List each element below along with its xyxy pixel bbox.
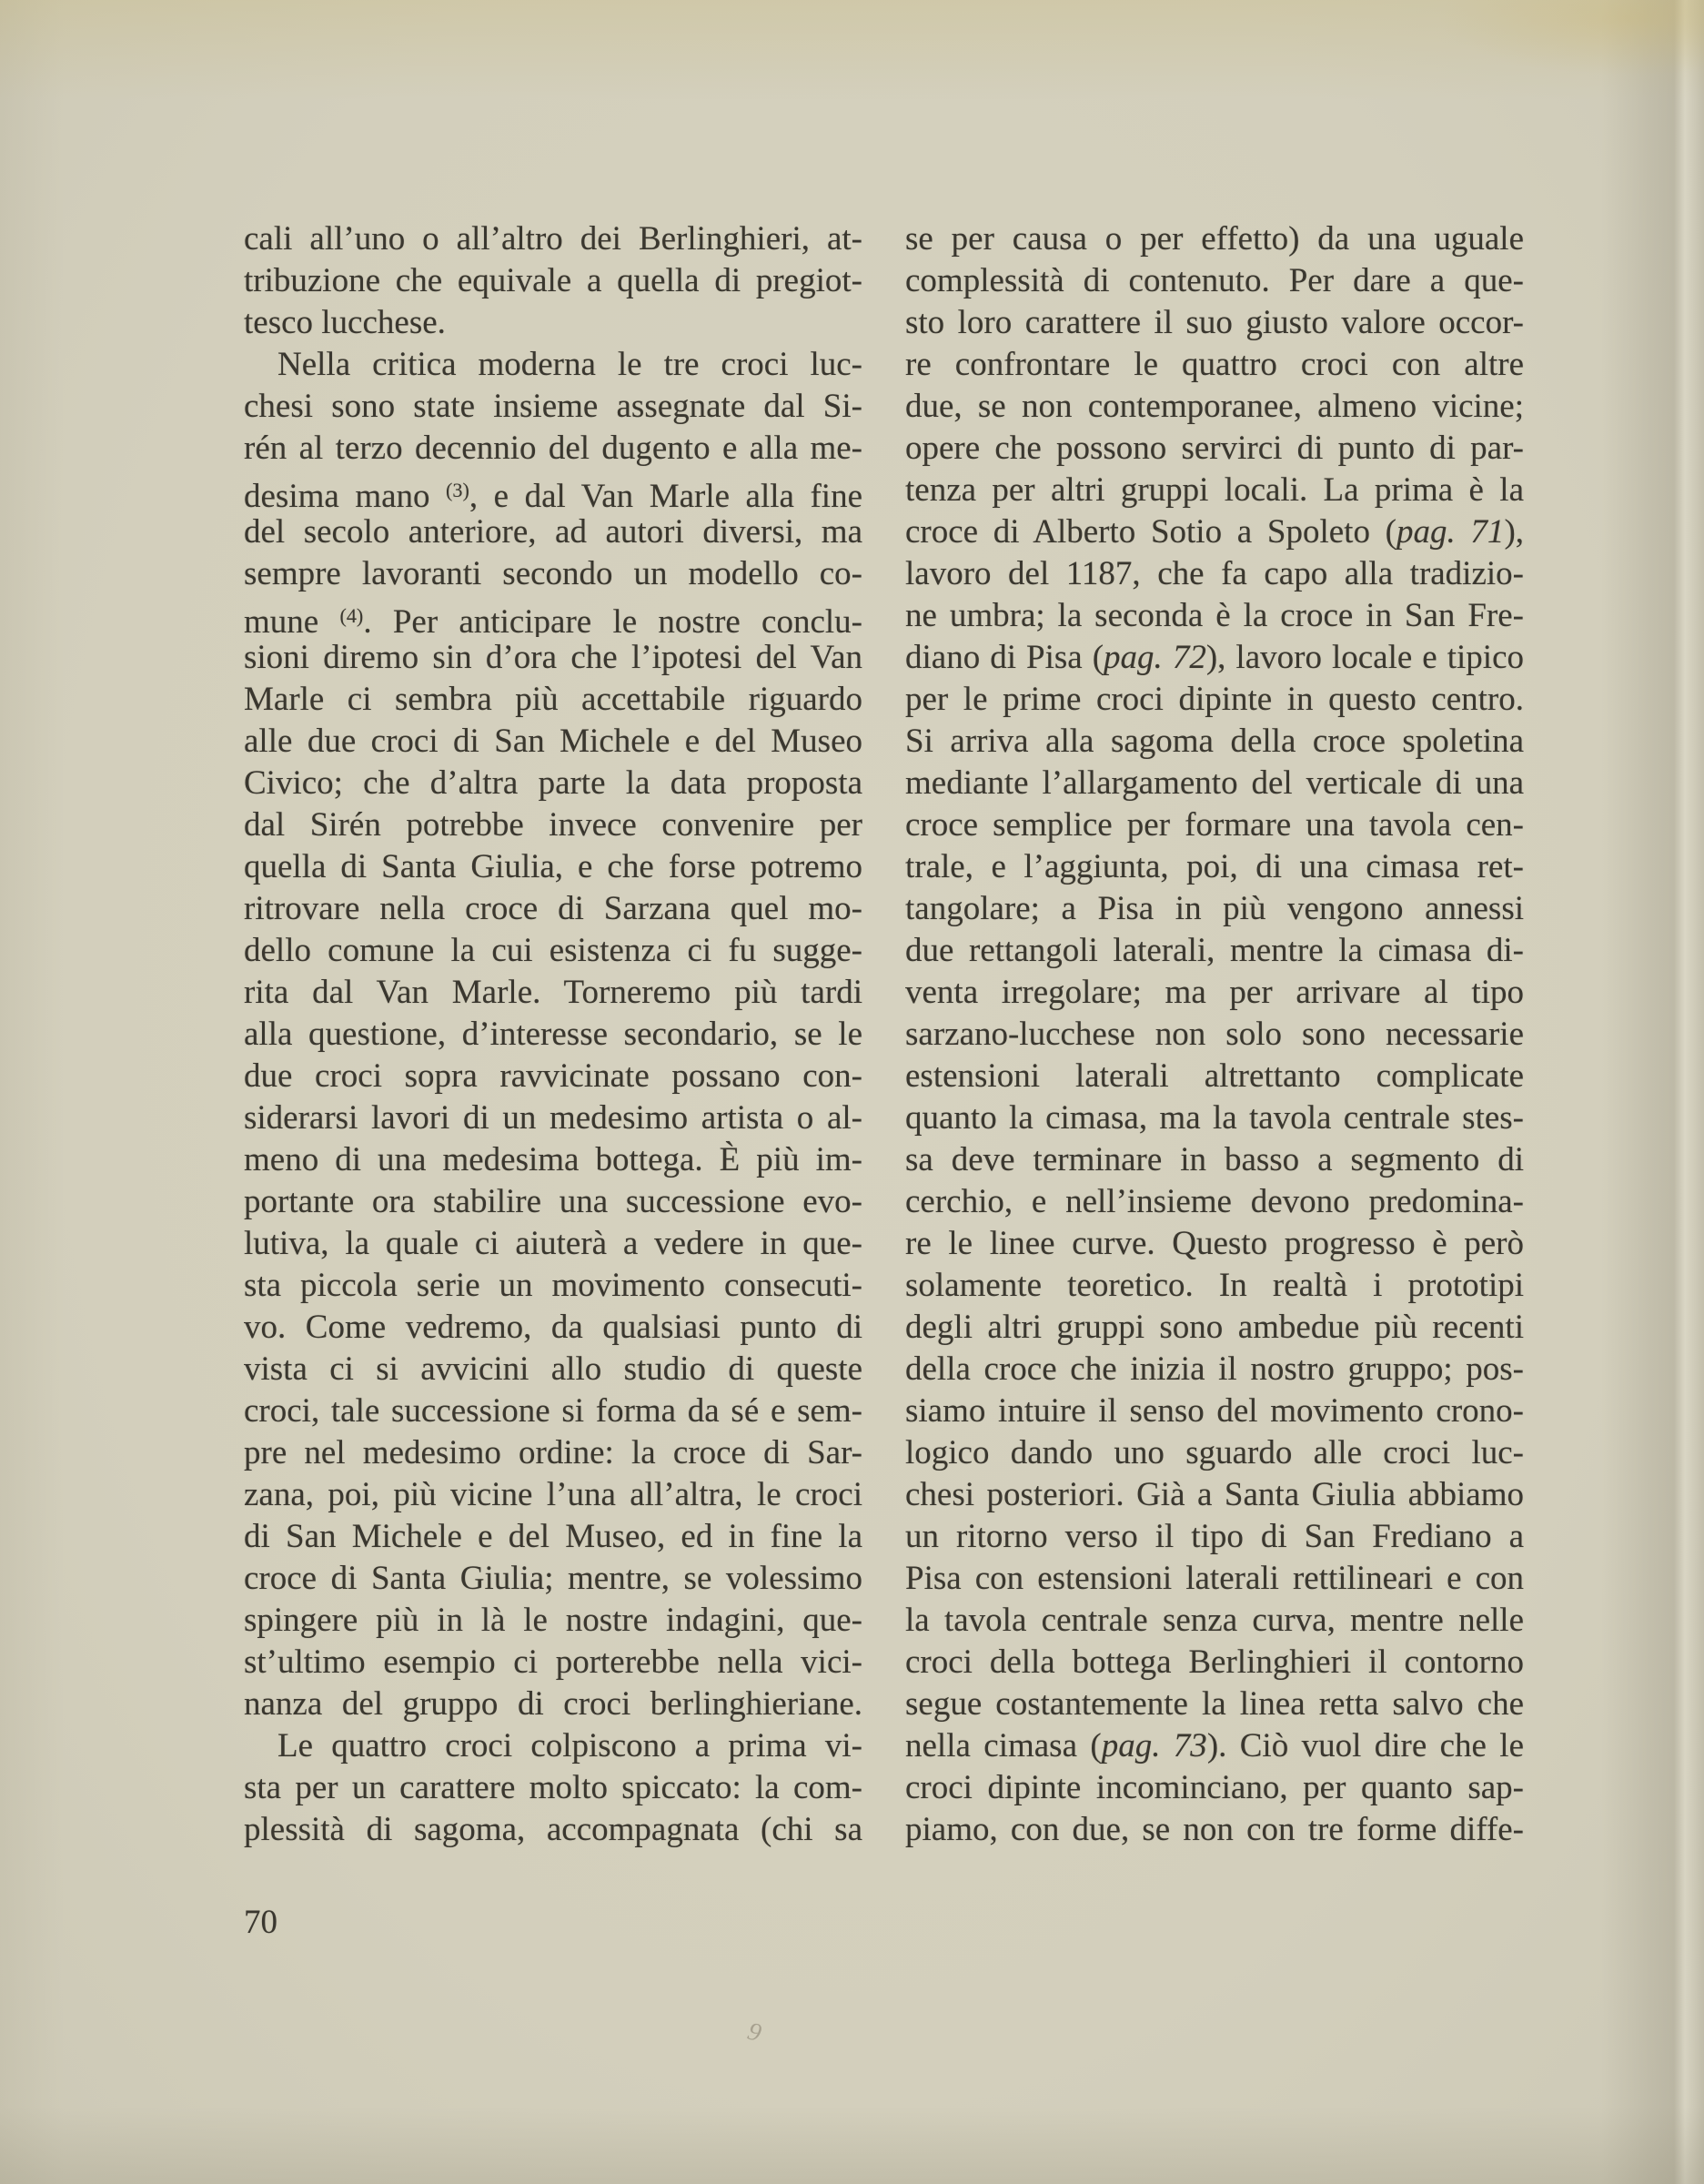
text-line: del secolo anteriore, ad autori diversi,… — [244, 511, 862, 553]
text-line: alle due croci di San Michele e del Muse… — [244, 721, 862, 763]
text-line: rén al terzo decennio del dugento e alla… — [244, 428, 862, 470]
text-line: siamo intuire il senso del movimento cro… — [905, 1390, 1524, 1432]
text-line: sta piccola serie un movimento consecuti… — [244, 1265, 862, 1307]
text-line: ritrovare nella croce di Sarzana quel mo… — [244, 888, 862, 930]
text-line: spingere più in là le nostre indagini, q… — [244, 1600, 862, 1642]
italic-page-reference: pag. 73 — [1102, 1727, 1207, 1764]
text-line: vo. Come vedremo, da qualsiasi punto di — [244, 1307, 862, 1349]
text-line: due, se non contemporanee, almeno vicine… — [905, 386, 1524, 428]
text-line: segue costantemente la linea retta salvo… — [905, 1683, 1524, 1725]
text-line: Nella critica moderna le tre croci luc- — [244, 344, 862, 386]
text-line: sta per un carattere molto spiccato: la … — [244, 1767, 862, 1809]
text-line: sto loro carattere il suo giusto valore … — [905, 302, 1524, 344]
text-line: alla questione, d’interesse secondario, … — [244, 1014, 862, 1056]
text-line: Le quattro croci colpiscono a prima vi- — [244, 1725, 862, 1767]
text-line: sa deve terminare in basso a segmento di — [905, 1139, 1524, 1181]
text-line: desima mano (3), e dal Van Marle alla fi… — [244, 470, 862, 511]
text-line: tesco lucchese. — [244, 302, 862, 344]
text-line: re le linee curve. Questo progresso è pe… — [905, 1223, 1524, 1265]
text-line: opere che possono servirci di punto di p… — [905, 428, 1524, 470]
text-line: quanto la cimasa, ma la tavola centrale … — [905, 1097, 1524, 1139]
text-line: croce di Santa Giulia; mentre, se voless… — [244, 1558, 862, 1600]
text-line: st’ultimo esempio ci porterebbe nella vi… — [244, 1642, 862, 1683]
text-line: re confrontare le quattro croci con altr… — [905, 344, 1524, 386]
text-line: siderarsi lavori di un medesimo artista … — [244, 1097, 862, 1139]
footnote-reference: (3) — [446, 479, 469, 501]
text-line: ne umbra; la seconda è la croce in San F… — [905, 595, 1524, 637]
text-line: di San Michele e del Museo, ed in fine l… — [244, 1516, 862, 1558]
text-line: plessità di sagoma, accompagnata (chi sa — [244, 1809, 862, 1851]
text-line: rita dal Van Marle. Torneremo più tardi — [244, 972, 862, 1014]
text-line: sioni diremo sin d’ora che l’ipotesi del… — [244, 637, 862, 679]
text-line: pre nel medesimo ordine: la croce di Sar… — [244, 1432, 862, 1474]
text-line: un ritorno verso il tipo di San Frediano… — [905, 1516, 1524, 1558]
text-line: croci dipinte incominciano, per quanto s… — [905, 1767, 1524, 1809]
text-line: Pisa con estensioni laterali rettilinear… — [905, 1558, 1524, 1600]
text-line: meno di una medesima bottega. È più im- — [244, 1139, 862, 1181]
text-line: la tavola centrale senza curva, mentre n… — [905, 1600, 1524, 1642]
text-line: trale, e l’aggiunta, poi, di una cimasa … — [905, 846, 1524, 888]
text-line: tangolare; a Pisa in più vengono annessi — [905, 888, 1524, 930]
text-line: Marle ci sembra più accettabile riguardo — [244, 679, 862, 721]
text-line: lavoro del 1187, che fa capo alla tradiz… — [905, 553, 1524, 595]
text-line: diano di Pisa (pag. 72), lavoro locale e… — [905, 637, 1524, 679]
text-line: cali all’uno o all’altro dei Berlinghier… — [244, 218, 862, 260]
text-line: croce di Alberto Sotio a Spoleto (pag. 7… — [905, 511, 1524, 553]
footnote-reference: (4) — [339, 604, 363, 627]
text-line: complessità di contenuto. Per dare a que… — [905, 260, 1524, 302]
scan-artifact: 9 — [744, 2017, 764, 2049]
text-line: tribuzione che equivale a quella di preg… — [244, 260, 862, 302]
text-line: per le prime croci dipinte in questo cen… — [905, 679, 1524, 721]
text-line: vista ci si avvicini allo studio di ques… — [244, 1349, 862, 1390]
text-line: mune (4). Per anticipare le nostre concl… — [244, 595, 862, 637]
text-line: dello comune la cui esistenza ci fu sugg… — [244, 930, 862, 972]
text-line: zana, poi, più vicine l’una all’altra, l… — [244, 1474, 862, 1516]
text-line: estensioni laterali altrettanto complica… — [905, 1056, 1524, 1097]
text-line: dal Sirén potrebbe invece convenire per — [244, 804, 862, 846]
text-line: cerchio, e nell’insieme devono predomina… — [905, 1181, 1524, 1223]
page-number: 70 — [244, 1904, 277, 1942]
text-line: Civico; che d’altra parte la data propos… — [244, 763, 862, 804]
text-line: logico dando uno sguardo alle croci luc- — [905, 1432, 1524, 1474]
text-line: quella di Santa Giulia, e che forse potr… — [244, 846, 862, 888]
italic-page-reference: pag. 71 — [1396, 513, 1504, 551]
text-line: degli altri gruppi sono ambedue più rece… — [905, 1307, 1524, 1349]
text-line: mediante l’allargamento del verticale di… — [905, 763, 1524, 804]
text-line: sempre lavoranti secondo un modello co- — [244, 553, 862, 595]
text-line: Si arriva alla sagoma della croce spolet… — [905, 721, 1524, 763]
text-line: croci, tale successione si forma da sé e… — [244, 1390, 862, 1432]
text-line: venta irregolare; ma per arrivare al tip… — [905, 972, 1524, 1014]
text-line: due rettangoli laterali, mentre la cimas… — [905, 930, 1524, 972]
text-line: nella cimasa (pag. 73). Ciò vuol dire ch… — [905, 1725, 1524, 1767]
text-line: se per causa o per effetto) da una ugual… — [905, 218, 1524, 260]
text-column-right: se per causa o per effetto) da una ugual… — [905, 218, 1524, 1851]
text-column-left: cali all’uno o all’altro dei Berlinghier… — [244, 218, 862, 1851]
text-line: croce semplice per formare una tavola ce… — [905, 804, 1524, 846]
italic-page-reference: pag. 72 — [1104, 639, 1206, 676]
book-page: cali all’uno o all’altro dei Berlinghier… — [0, 0, 1704, 2184]
text-line: nanza del gruppo di croci berlinghierian… — [244, 1683, 862, 1725]
text-line: croci della bottega Berlinghieri il cont… — [905, 1642, 1524, 1683]
text-line: lutiva, la quale ci aiuterà a vedere in … — [244, 1223, 862, 1265]
text-line: portante ora stabilire una successione e… — [244, 1181, 862, 1223]
text-line: solamente teoretico. In realtà i prototi… — [905, 1265, 1524, 1307]
text-line: piamo, con due, se non con tre forme dif… — [905, 1809, 1524, 1851]
text-line: della croce che inizia il nostro gruppo;… — [905, 1349, 1524, 1390]
text-line: sarzano-lucchese non solo sono necessari… — [905, 1014, 1524, 1056]
text-line: chesi sono state insieme assegnate dal S… — [244, 386, 862, 428]
text-line: due croci sopra ravvicinate possano con- — [244, 1056, 862, 1097]
text-line: tenza per altri gruppi locali. La prima … — [905, 470, 1524, 511]
text-line: chesi posteriori. Già a Santa Giulia abb… — [905, 1474, 1524, 1516]
